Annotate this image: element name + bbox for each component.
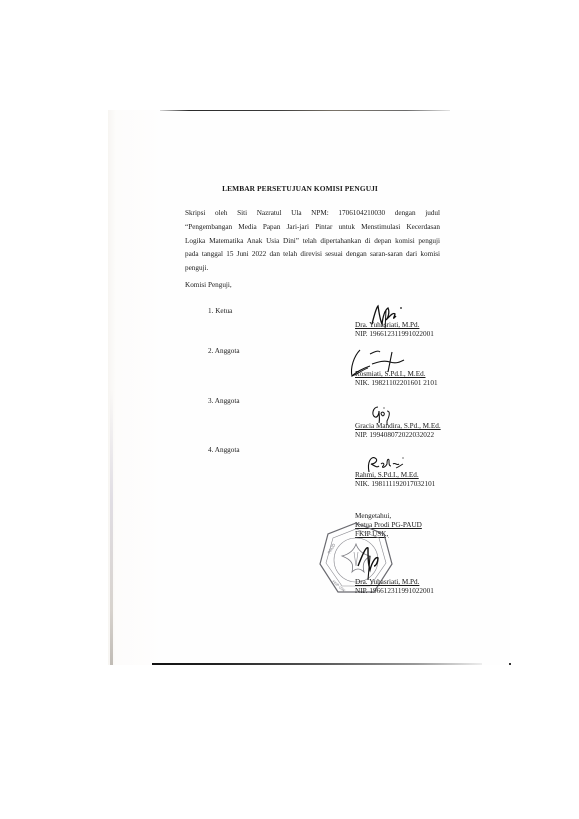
member-role-anggota: 3. Anggota	[208, 397, 240, 405]
member-signature-block: Dra. Yuhasriati, M.Pd. NIP. 196612311991…	[355, 321, 434, 338]
member-signature-block: Gracia Mandira, S.Pd., M.Ed. NIP. 199408…	[355, 422, 441, 439]
scanned-page	[108, 110, 510, 665]
scan-speck	[509, 663, 511, 665]
document-title: LEMBAR PERSETUJUAN KOMISI PENGUJI	[150, 184, 450, 193]
paragraph-line: Skripsi oleh Siti Nazratul Ula NPM: 1706…	[185, 207, 440, 221]
approval-line: Mengetahui,	[355, 512, 422, 521]
paragraph-line: pada tanggal 15 Juni 2022 dan telah dire…	[185, 248, 440, 262]
approval-name: Dra. Yuhasriati, M.Pd.	[355, 578, 434, 587]
member-id: NIP. 196612311991022001	[355, 330, 434, 339]
member-name: Rosmiati, S.Pd.I., M.Ed.	[355, 370, 438, 379]
top-rule-line	[160, 110, 450, 111]
approval-paragraph: Skripsi oleh Siti Nazratul Ula NPM: 1706…	[185, 207, 440, 276]
scan-shadow-edge	[110, 390, 113, 665]
bottom-rule-line	[152, 663, 482, 665]
member-id: NIK. 19821102201601 2101	[355, 379, 438, 388]
member-id: NIK. 198111192017032101	[355, 480, 435, 489]
member-name: Rahmi, S.Pd.I., M.Ed.	[355, 471, 435, 480]
member-signature-block: Rosmiati, S.Pd.I., M.Ed. NIK. 1982110220…	[355, 370, 438, 387]
approval-id: NIP. 196612311991022001	[355, 587, 434, 596]
member-role-ketua: 1. Ketua	[208, 307, 232, 315]
member-name: Dra. Yuhasriati, M.Pd.	[355, 321, 434, 330]
committee-label: Komisi Penguji,	[185, 281, 232, 289]
member-id: NIP. 199408072022032022	[355, 431, 441, 440]
approval-signature-block: Dra. Yuhasriati, M.Pd. NIP. 196612311991…	[355, 578, 434, 595]
member-name: Gracia Mandira, S.Pd., M.Ed.	[355, 422, 441, 431]
approval-position: Ketua Prodi PG-PAUD	[355, 521, 422, 530]
approval-block: Mengetahui, Ketua Prodi PG-PAUD FKIP USK…	[355, 512, 422, 538]
paragraph-line: Logika Matematika Anak Usia Dini” telah …	[185, 235, 440, 249]
paragraph-line: penguji.	[185, 262, 440, 276]
paragraph-line: “Pengembangan Media Papan Jari-jari Pint…	[185, 221, 440, 235]
member-signature-block: Rahmi, S.Pd.I., M.Ed. NIK. 1981111920170…	[355, 471, 435, 488]
member-role-anggota: 2. Anggota	[208, 347, 240, 355]
approval-faculty: FKIP USK,	[355, 530, 422, 539]
member-role-anggota: 4. Anggota	[208, 446, 240, 454]
